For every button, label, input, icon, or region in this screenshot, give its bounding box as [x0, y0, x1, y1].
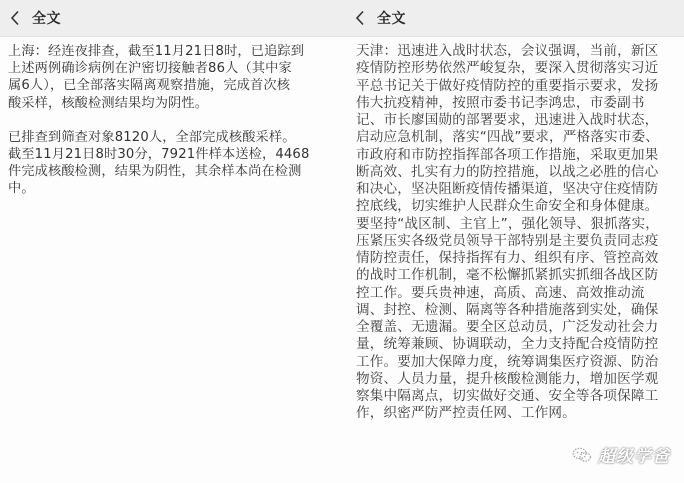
right-header-bar: 全文 [339, 0, 684, 37]
left-header-bar: 全文 [0, 0, 339, 37]
watermark-text: 超级学爸 [598, 442, 670, 467]
paragraph-shanghai-screening: 已排查到筛查对象8120人，全部完成核酸采样。 截至11月21日8时30分，79… [8, 129, 329, 198]
text-line: 的战时工作机制，毫不松懈抓紧抓实抓细各战区防 [356, 267, 676, 284]
text-line: 已排查到筛查对象8120人，全部完成核酸采样。 [8, 129, 329, 146]
text-line: 启动应急机制，落实“四战”要求，严格落实市委、 [356, 129, 676, 146]
text-line: 情防控责任，保持指挥有力、组织有序、管控高效 [356, 250, 676, 267]
text-line: 压紧压实各级党员领导干部特别是主要负责同志疫 [356, 233, 676, 250]
text-line: 伟大抗疫精神，按照市委书记李鸿忠，市委副书 [356, 95, 676, 112]
text-line: 要坚持“战区制、主官上”，强化领导、狠抓落实， [356, 216, 676, 233]
text-line: 酸采样，核酸检测结果均为阴性。 [8, 95, 329, 112]
text-line: 属6人），已全部落实隔离观察措施，完成首次核 [8, 77, 329, 94]
text-line: 作，织密严防严控责任网、工作网。 [356, 405, 676, 422]
text-line: 全覆盖、无遗漏。要全区总动员，广泛发动社会力 [356, 319, 676, 336]
back-button[interactable] [8, 9, 22, 27]
text-line: 中。 [8, 180, 329, 197]
text-line: 截至11月21日8时30分，7921件样本送检，4468 [8, 146, 329, 163]
text-line: 记、市长廖国勋的部署要求，迅速进入战时状态， [356, 112, 676, 129]
text-line: 调、封控、检测、隔离等各种措施落到实处，确保 [356, 302, 676, 319]
watermark: 超级学爸 [572, 442, 670, 467]
text-line: 工作。要加大保障力度，统筹调集医疗资源、防治 [356, 354, 676, 371]
text-line: 和决心，坚决阻断疫情传播渠道，坚决守住疫情防 [356, 181, 676, 198]
left-article-body: 上海：经连夜排查，截至11月21日8时，已追踪到 上述两例确诊病例在沪密切接触者… [0, 37, 339, 198]
text-line: 控底线，切实维护人民群众生命安全和身体健康。 [356, 198, 676, 215]
text-line: 控工作。要兵贵神速，高质、高速、高效推动流 [356, 285, 676, 302]
text-line: 平总书记关于做好疫情防控的重要指示要求，发扬 [356, 78, 676, 95]
back-button[interactable] [353, 9, 367, 27]
page-title: 全文 [377, 8, 406, 28]
text-line: 物资、人员力量，提升核酸检测能力，增加医学观 [356, 371, 676, 388]
text-line: 断高效、扎实有力的防控措施，以战之必胜的信心 [356, 164, 676, 181]
text-line: 上述两例确诊病例在沪密切接触者86人（其中家 [8, 60, 329, 77]
text-line: 量，统筹兼顾、协调联动，全力支持配合疫情防控 [356, 336, 676, 353]
chevron-left-icon [10, 10, 20, 26]
right-article-body: 天津：迅速进入战时状态，会议强调，当前，新区 疫情防控形势依然严峻复杂，要深入贯… [339, 37, 684, 423]
text-line: 疫情防控形势依然严峻复杂，要深入贯彻落实习近 [356, 60, 676, 77]
left-article-panel: 全文 上海：经连夜排查，截至11月21日8时，已追踪到 上述两例确诊病例在沪密切… [0, 0, 339, 483]
page-title: 全文 [32, 8, 61, 28]
paragraph-shanghai-contacts: 上海：经连夜排查，截至11月21日8时，已追踪到 上述两例确诊病例在沪密切接触者… [8, 43, 329, 112]
chevron-left-icon [355, 10, 365, 26]
text-line: 察集中隔离点，切实做好交通、安全等各项保障工 [356, 388, 676, 405]
text-line: 上海：经连夜排查，截至11月21日8时，已追踪到 [8, 43, 329, 60]
screenshot-composite: 全文 上海：经连夜排查，截至11月21日8时，已追踪到 上述两例确诊病例在沪密切… [0, 0, 684, 483]
text-line: 件完成核酸检测，结果为阴性，其余样本尚在检测 [8, 163, 329, 180]
right-article-panel: 全文 天津：迅速进入战时状态，会议强调，当前，新区 疫情防控形势依然严峻复杂，要… [339, 0, 684, 483]
text-line: 市政府和市防控指挥部各项工作措施，采取更加果 [356, 147, 676, 164]
text-line: 天津：迅速进入战时状态，会议强调，当前，新区 [356, 43, 676, 60]
wechat-icon [572, 447, 592, 463]
